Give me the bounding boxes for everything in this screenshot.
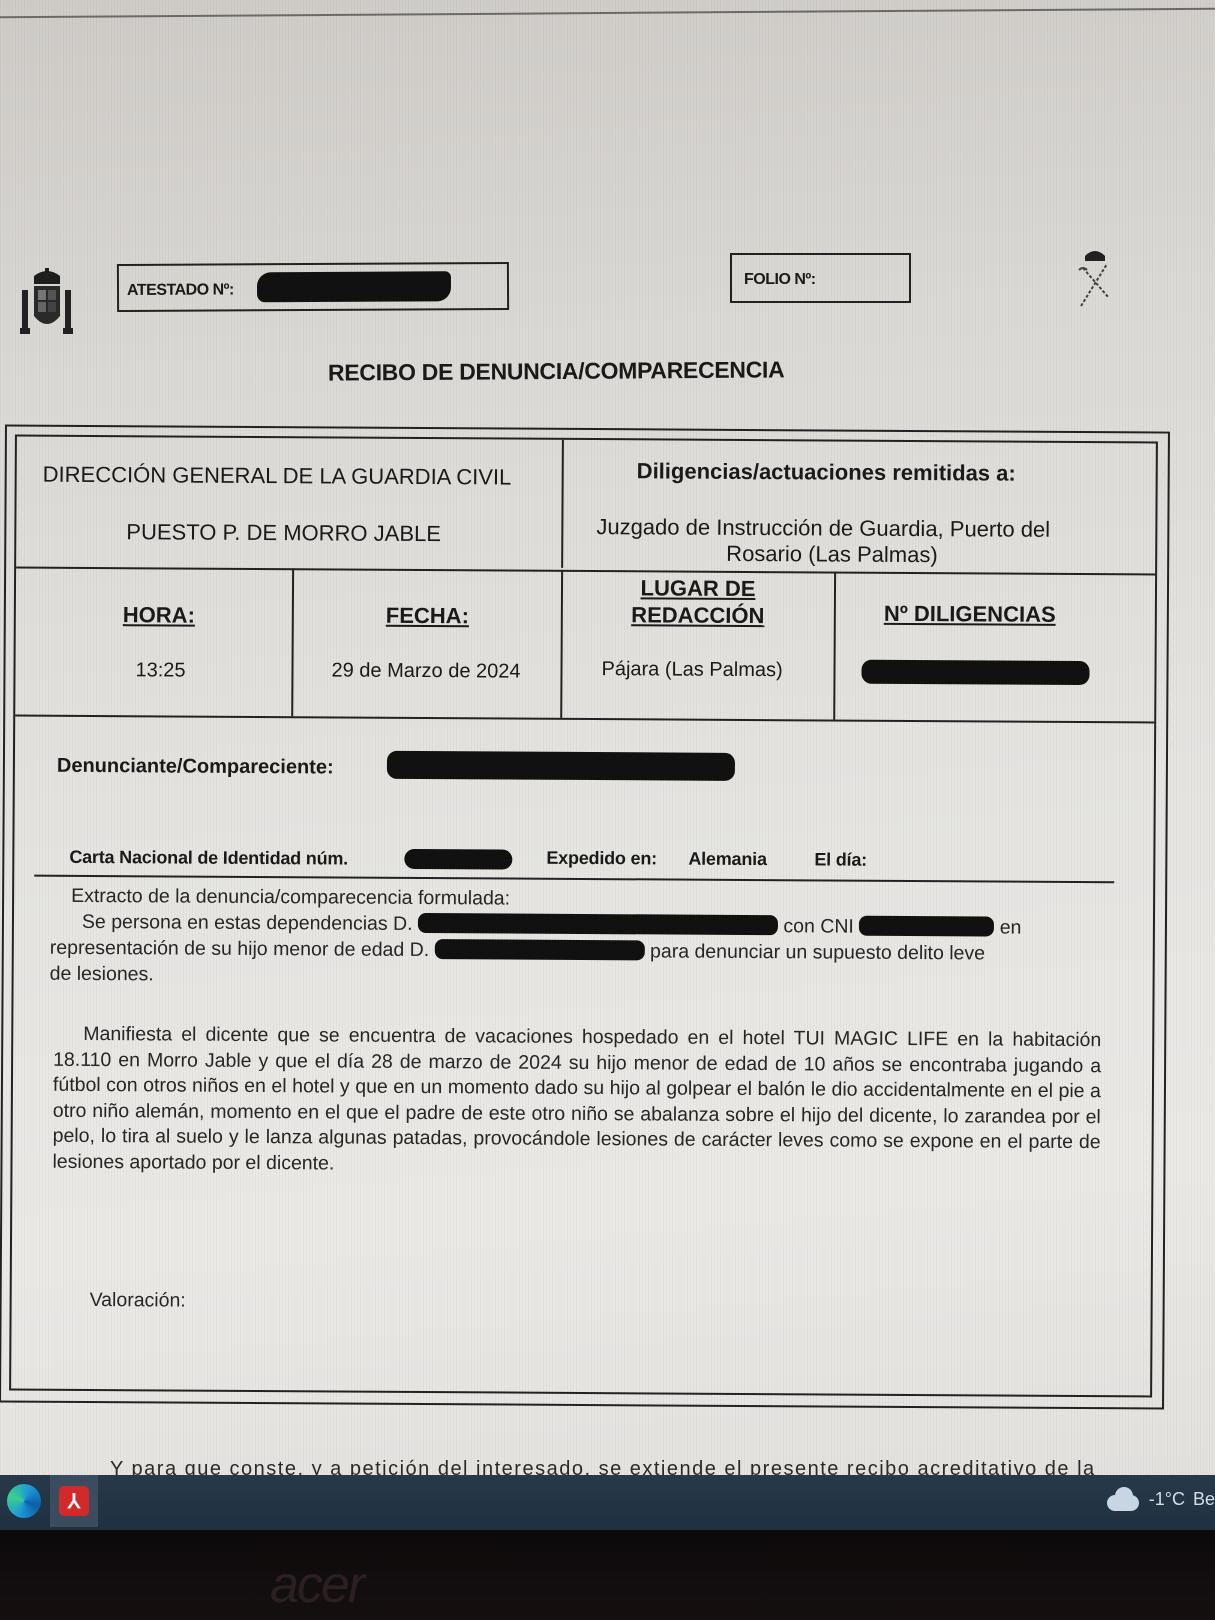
extract-p1-b: con CNI bbox=[783, 915, 854, 937]
taskbar: ⅄ -1°C Be bbox=[0, 1475, 1215, 1530]
id-value-redacted bbox=[404, 849, 512, 870]
monitor-bezel bbox=[0, 1530, 1215, 1620]
diligencias-label: Nº DILIGENCIAS bbox=[884, 600, 1056, 628]
valoracion-label: Valoración: bbox=[90, 1287, 186, 1314]
extract-p1-c: en bbox=[1000, 917, 1022, 939]
identity-bottom-line bbox=[34, 875, 1114, 884]
fecha-value: 29 de Marzo de 2024 bbox=[331, 659, 520, 683]
cni-redacted bbox=[859, 916, 994, 937]
form-inner-border: DIRECCIÓN GENERAL DE LA GUARDIA CIVIL PU… bbox=[9, 435, 1158, 1398]
extract-heading: Extracto de la denuncia/comparecencia fo… bbox=[71, 883, 510, 912]
taskbar-acrobat-button[interactable]: ⅄ bbox=[50, 1475, 98, 1527]
monitor-brand-logo: acer bbox=[270, 1555, 363, 1615]
lugar-value: Pájara (Las Palmas) bbox=[601, 658, 782, 682]
extract-line3: de lesiones. bbox=[50, 961, 154, 988]
folio-box: FOLIO Nº: bbox=[730, 253, 911, 303]
complainant-label: Denunciante/Compareciente: bbox=[57, 755, 334, 780]
diligencias-value-redacted bbox=[861, 660, 1089, 685]
complainant-value-redacted bbox=[387, 751, 735, 781]
header-bottom-line bbox=[16, 567, 1155, 576]
screen: ATESTADO Nº: FOLIO Nº: RECIBO DE DENUNCI… bbox=[0, 0, 1215, 1475]
edge-icon bbox=[7, 1484, 41, 1518]
cloud-icon bbox=[1105, 1487, 1141, 1511]
weather-text: Be bbox=[1193, 1489, 1215, 1510]
sent-to-line1: Juzgado de Instrucción de Guardia, Puert… bbox=[596, 514, 1050, 543]
organization-name: DIRECCIÓN GENERAL DE LA GUARDIA CIVIL bbox=[43, 462, 512, 491]
post-name: PUESTO P. DE MORRO JABLE bbox=[126, 519, 441, 547]
col-divider-2 bbox=[560, 570, 563, 718]
extract-line2: representación de su hijo menor de edad … bbox=[50, 935, 985, 967]
atestado-label: ATESTADO Nº: bbox=[127, 281, 234, 300]
person-name-redacted bbox=[418, 913, 778, 935]
document-title: RECIBO DE DENUNCIA/COMPARECENCIA bbox=[328, 356, 785, 386]
footer-text: Y para que conste, y a petición del inte… bbox=[110, 1458, 1096, 1475]
info-bottom-line bbox=[15, 715, 1154, 724]
weather-temp: -1°C bbox=[1149, 1489, 1185, 1510]
taskbar-edge-button[interactable] bbox=[0, 1475, 48, 1527]
col-divider-3 bbox=[833, 572, 836, 720]
folio-label: FOLIO Nº: bbox=[744, 271, 816, 289]
id-label: Carta Nacional de Identidad núm. bbox=[69, 847, 348, 870]
header-divider bbox=[561, 440, 564, 568]
col-divider-1 bbox=[291, 568, 294, 716]
hora-label: HORA: bbox=[123, 601, 195, 628]
extract-paragraph-2: Manifiesta el dicente que se encuentra d… bbox=[52, 1022, 1101, 1182]
coat-of-arms-icon bbox=[18, 268, 76, 338]
lugar-label-line1: LUGAR DE bbox=[628, 574, 768, 602]
window-edge-line bbox=[0, 8, 1215, 18]
sent-to-line2: Rosario (Las Palmas) bbox=[726, 541, 938, 568]
extract-p1-d: representación de su hijo menor de edad … bbox=[50, 937, 430, 961]
pdf-icon: ⅄ bbox=[59, 1486, 89, 1516]
atestado-box: ATESTADO Nº: bbox=[117, 262, 509, 312]
guardia-civil-emblem-icon bbox=[1075, 248, 1115, 310]
weather-widget[interactable]: -1°C Be bbox=[1105, 1487, 1215, 1511]
lugar-label-line2: REDACCIÓN bbox=[628, 601, 768, 629]
atestado-number-redacted bbox=[257, 271, 451, 302]
lugar-label: LUGAR DE REDACCIÓN bbox=[628, 574, 768, 629]
form-outer-border: DIRECCIÓN GENERAL DE LA GUARDIA CIVIL PU… bbox=[0, 424, 1170, 1409]
hora-value: 13:25 bbox=[135, 659, 185, 682]
issued-label: Expedido en: bbox=[546, 848, 657, 870]
sent-to-label: Diligencias/actuaciones remitidas a: bbox=[637, 458, 1016, 486]
issued-value: Alemania bbox=[688, 849, 767, 870]
minor-name-redacted bbox=[435, 939, 645, 960]
extract-p1-e: para denunciar un supuesto delito leve bbox=[650, 940, 985, 964]
date-label: El día: bbox=[814, 849, 867, 870]
extract-p1-a: Se persona en estas dependencias D. bbox=[82, 911, 413, 935]
fecha-label: FECHA: bbox=[386, 602, 469, 630]
